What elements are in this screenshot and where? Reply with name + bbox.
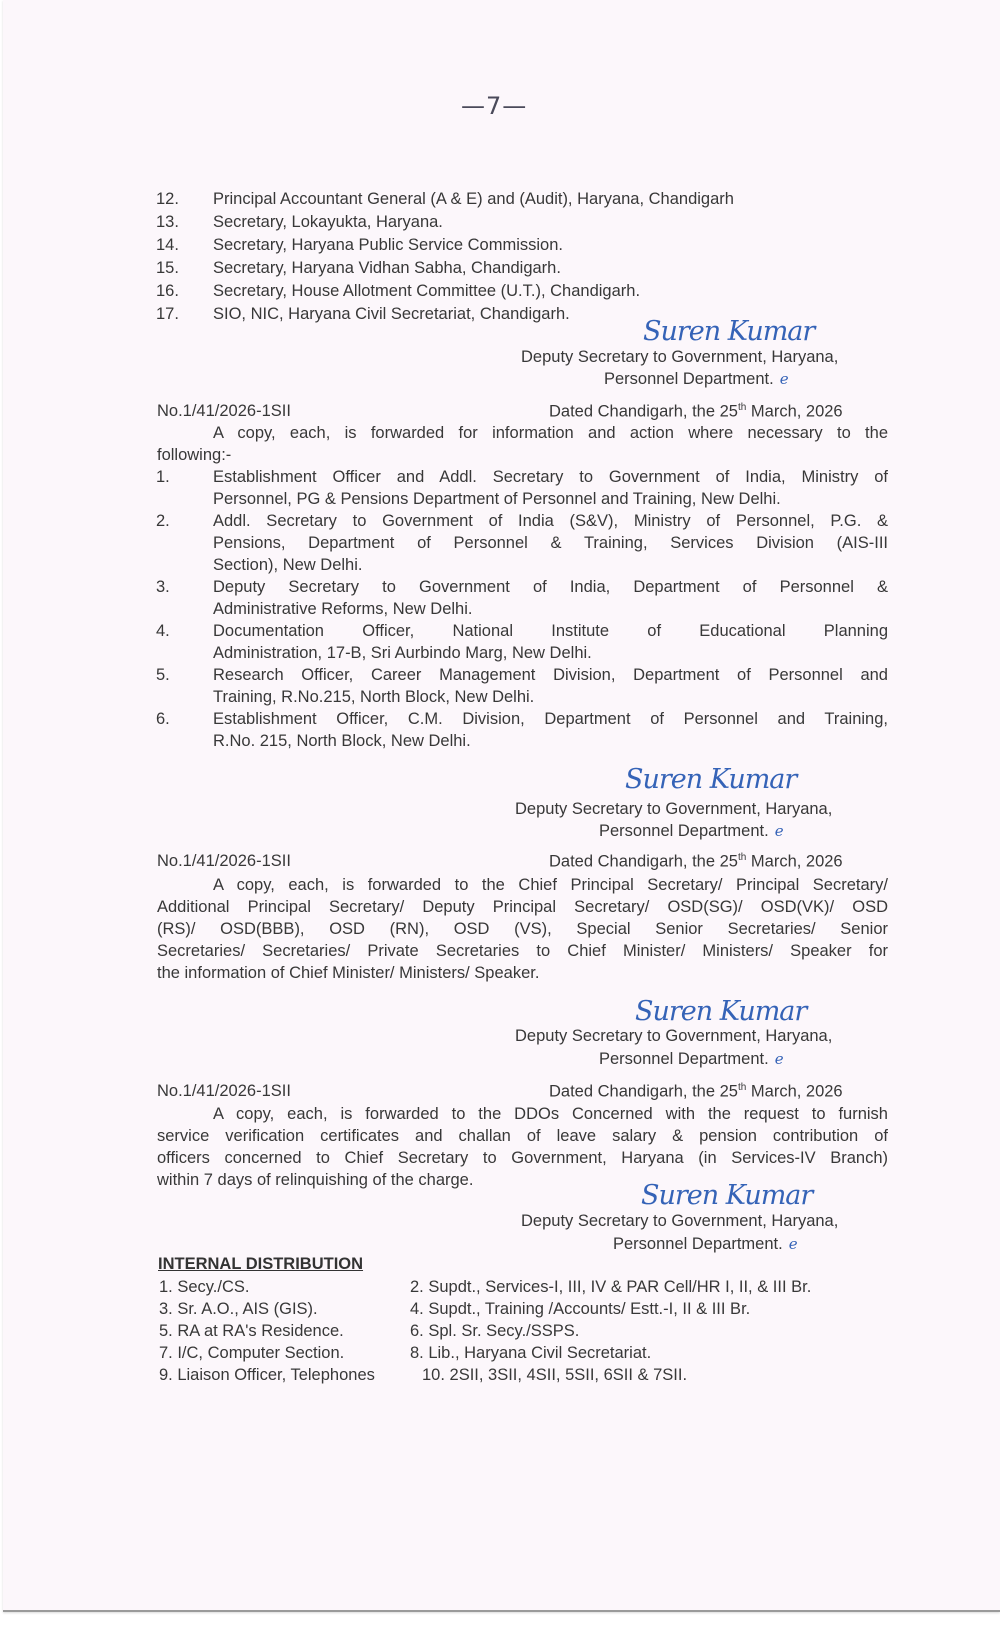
memo-date: Dated Chandigarh, the 25th March, 2026	[549, 402, 843, 422]
signatory-designation: Deputy Secretary to Government, Haryana,	[521, 346, 838, 368]
signatory-department: Personnel Department.e	[613, 1233, 798, 1255]
list-item: 8. Lib., Haryana Civil Secretariat.	[410, 1344, 651, 1363]
memo-date: Dated Chandigarh, the 25th March, 2026	[549, 852, 843, 872]
signatory-department: Personnel Department.e	[599, 820, 784, 842]
document-page: —7— 12. Principal Accountant General (A …	[3, 0, 1000, 1612]
signatory-designation: Deputy Secretary to Government, Haryana,	[515, 1025, 832, 1047]
signatory-designation: Deputy Secretary to Government, Haryana,	[521, 1210, 838, 1232]
handwritten-signature: Suren Kumar	[641, 1180, 812, 1211]
section3-paragraph: A copy, each, is forwarded to the DDOs C…	[157, 1103, 888, 1191]
handwritten-signature: Suren Kumar	[643, 316, 814, 347]
list-item: 4. Supdt., Training /Accounts/ Estt.-I, …	[410, 1300, 750, 1319]
memo-reference-number: No.1/41/2026-1SII	[157, 852, 291, 871]
section2-paragraph: A copy, each, is forwarded to the Chief …	[157, 874, 888, 984]
memo-reference-number: No.1/41/2026-1SII	[157, 1082, 291, 1101]
initial-mark: e	[775, 1048, 784, 1070]
initial-mark: e	[789, 1233, 798, 1255]
handwritten-signature: Suren Kumar	[625, 764, 796, 795]
list-item: 3. Sr. A.O., AIS (GIS).	[159, 1300, 318, 1319]
initial-mark: e	[775, 820, 784, 842]
memo-date: Dated Chandigarh, the 25th March, 2026	[549, 1082, 843, 1102]
internal-distribution-heading: INTERNAL DISTRIBUTION	[158, 1255, 363, 1274]
signatory-department: Personnel Department.e	[604, 368, 789, 390]
list-item: 2. Supdt., Services-I, III, IV & PAR Cel…	[410, 1278, 811, 1297]
memo-reference-number: No.1/41/2026-1SII	[157, 402, 291, 421]
handwritten-signature: Suren Kumar	[635, 996, 806, 1027]
list-item: 7. I/C, Computer Section.	[159, 1344, 344, 1363]
signatory-designation: Deputy Secretary to Government, Haryana,	[515, 798, 832, 820]
list-item: 10. 2SII, 3SII, 4SII, 5SII, 6SII & 7SII.	[422, 1366, 687, 1385]
list-item: 6. Spl. Sr. Secy./SSPS.	[410, 1322, 579, 1341]
list-item: 1. Secy./CS.	[159, 1278, 249, 1297]
page-number: —7—	[461, 92, 527, 120]
list-item: 5. RA at RA's Residence.	[159, 1322, 344, 1341]
initial-mark: e	[780, 368, 789, 390]
section1-intro: A copy, each, is forwarded for informati…	[157, 422, 888, 466]
list-item: 9. Liaison Officer, Telephones	[159, 1366, 375, 1385]
signatory-department: Personnel Department.e	[599, 1048, 784, 1070]
